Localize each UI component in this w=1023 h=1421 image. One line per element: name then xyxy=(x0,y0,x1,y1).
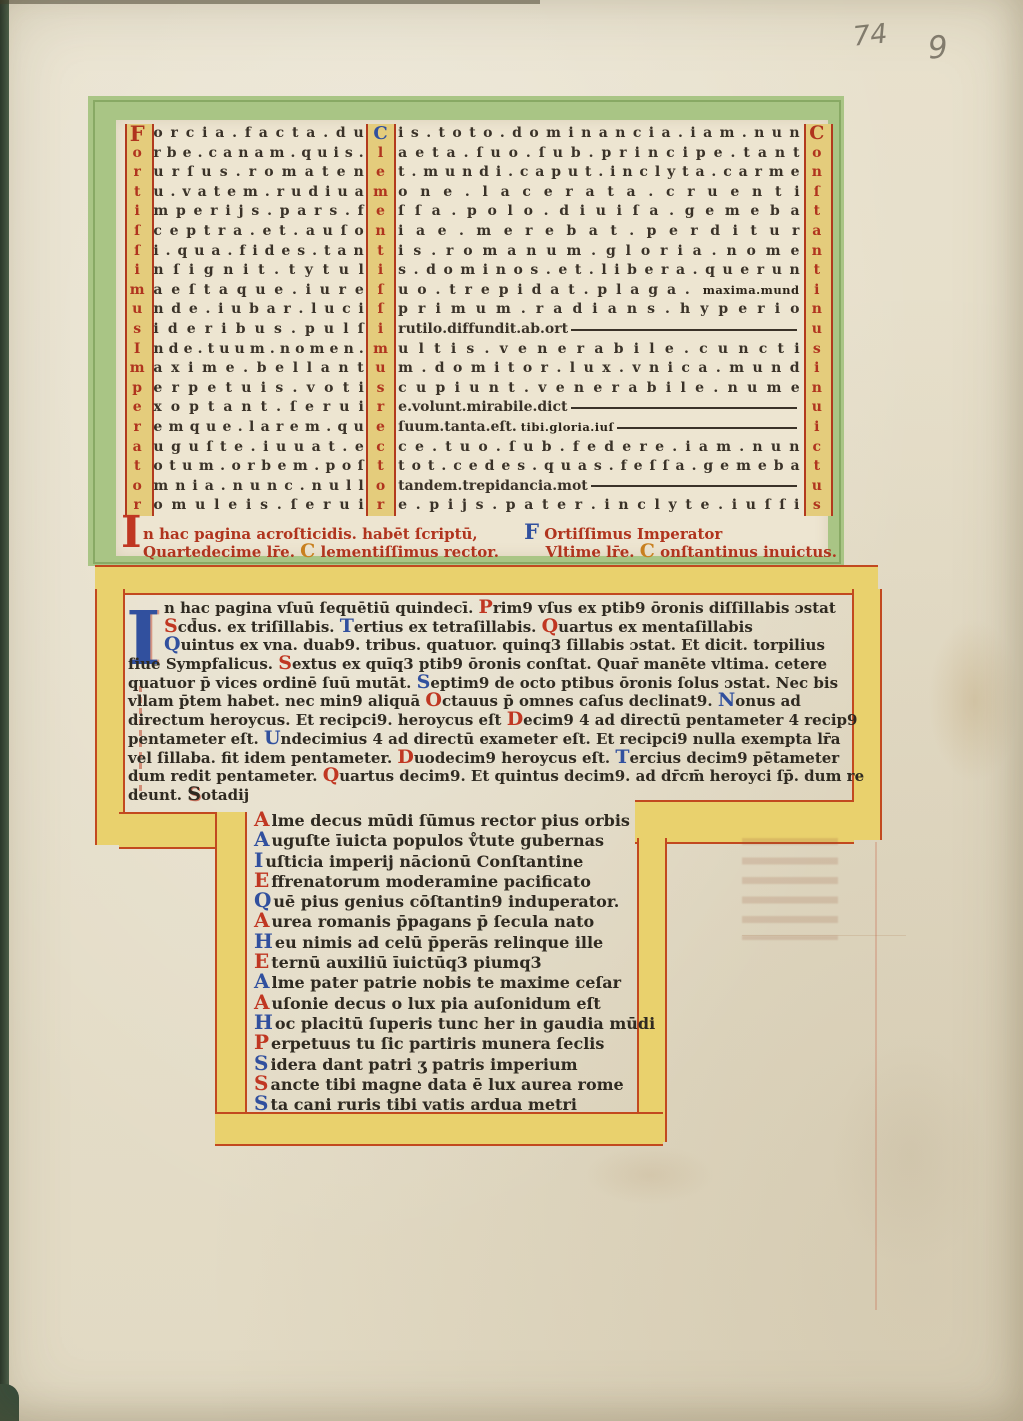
acrostic-letter: u xyxy=(125,300,149,320)
mesostic-letter: m xyxy=(368,183,393,203)
grid-text-segment: u.vatem.rudiua xyxy=(149,183,367,203)
acrostic-letter: a xyxy=(125,438,149,458)
poem-line: Alme pater patrie nobis te maxime ceſar xyxy=(254,971,655,991)
treatise-line: vel ſillaba. fit idem pentameter. Duodec… xyxy=(128,748,854,767)
telestich-letter: s xyxy=(805,496,829,516)
poem-line-text: uſonie decus o lux pia auſonidum eſt xyxy=(272,994,601,1013)
grid-text-segment: rbe.canam.quis. xyxy=(149,144,367,164)
grid-text-segment: primum.radians.hyperio xyxy=(393,300,804,320)
treatise-inline-initial: Q xyxy=(164,633,181,655)
poem-line-text: ternū auxiliū īuictūq3 piumq3 xyxy=(271,953,541,972)
telestich-letter: c xyxy=(805,438,829,458)
acrostic-letter: i xyxy=(125,202,149,222)
grid-row: orbe.canam.quis.laeta.ſuo.ſub.principe.t… xyxy=(118,144,829,164)
treatise-line: dum redit pentameter. Quartus decim9. Et… xyxy=(128,766,854,785)
rubric-line-2-label: Quartedecime lr̄e. xyxy=(143,543,295,561)
treatise-line: quatuor p̄ vices ordinē ſuū mutāt. Septi… xyxy=(128,673,854,692)
grid-row: Inde.tuum.nomen.multis.venerabile.cuncti… xyxy=(118,340,829,360)
line-filler-dash xyxy=(571,407,797,409)
grid-row: exoptant.ſeruire.volunt.mirabile.dictu xyxy=(118,398,829,418)
grid-text-segment: tandem.trepidancia.mot xyxy=(393,477,804,497)
mesostic-letter: ſ xyxy=(368,300,393,320)
acrostic-letter: t xyxy=(125,183,149,203)
treatise-line: ſiue Sympfalicus. Sextus ex quīq3 ptib9 … xyxy=(128,654,854,673)
poem-line-initial: S xyxy=(254,1091,268,1115)
treatise-inline-initial: D xyxy=(507,708,523,730)
grid-row: auguſte.iuuat.ecce.tuo.ſub.federe.iam.nu… xyxy=(118,438,829,458)
parchment-stain xyxy=(830,1040,990,1270)
binding-corner xyxy=(0,1384,19,1421)
mesostic-letter: e xyxy=(368,202,393,222)
telestich-letter: t xyxy=(805,457,829,477)
treatise-text-run: ecim9 4 ad directū pentameter 4 recip9 xyxy=(523,711,857,729)
telestich-letter: u xyxy=(805,320,829,340)
rubric-entry2-text: lementiſſimus rector. xyxy=(321,543,500,561)
grid-text-segment: ſſa.polo.diuiſa.gemeba xyxy=(393,202,804,222)
telestich-letter: s xyxy=(805,340,829,360)
treatise-line: vllam p̄tem habet. nec min9 aliquā Octau… xyxy=(128,691,854,710)
treatise-text-run: n hac pagina vſuū ſequētiū quindecī. xyxy=(164,599,479,617)
telestich-letter: a xyxy=(805,222,829,242)
mesostic-letter: o xyxy=(368,477,393,497)
treatise-text-run: onus ad xyxy=(735,692,801,710)
rubric-entry3-text: onſtantinus inuictus. xyxy=(660,543,837,561)
grid-row: tu.vatem.rudiuamone.lacerata.cruentiſ xyxy=(118,183,829,203)
yellow-frame-top xyxy=(95,565,878,595)
mesostic-letter: u xyxy=(368,359,393,379)
yellow-frame-left xyxy=(95,589,125,845)
treatise-text-run: ercius decim9 pētameter xyxy=(630,749,840,767)
poem-line-text: uguſte īuicta populos v̊tute gubernas xyxy=(272,831,604,850)
treatise-text-run: vel ſillaba. fit idem pentameter. xyxy=(128,749,397,767)
grid-text-segment: urſus.romaten xyxy=(149,163,367,183)
treatise-inline-initial: N xyxy=(718,689,735,711)
mesostic-letter: s xyxy=(368,379,393,399)
treatise-text: n hac pagina vſuū ſequētiū quindecī. Pri… xyxy=(128,598,854,804)
yellow-frame-poem-left xyxy=(215,812,247,1142)
grid-text-segment: one.lacerata.cruenti xyxy=(393,183,804,203)
poem-line: Auguſte īuicta populos v̊tute gubernas xyxy=(254,829,655,849)
grid-text-segment: t.mundi.caput.inclyta.carme xyxy=(393,163,804,183)
grid-text-segment: orcia.facta.du xyxy=(149,124,367,144)
corrected-text: maxima.mund xyxy=(703,281,800,301)
treatise-inline-initial: Q xyxy=(542,615,559,637)
rubric-entry2-initial: C xyxy=(300,540,315,562)
grid-row: inſignit.tytulis.dominos.et.libera.queru… xyxy=(118,261,829,281)
mesostic-letter: t xyxy=(368,242,393,262)
telestich-letter: i xyxy=(805,359,829,379)
grid-text-segment: mperijs.pars.f xyxy=(149,202,367,222)
treatise-line: directum heroycus. Et recipci9. heroycus… xyxy=(128,710,854,729)
grid-text-segment: rutilo.diffundit.ab.ort xyxy=(393,320,804,340)
treatise-text-run: quatuor p̄ vices ordinē ſuū mutāt. xyxy=(128,674,417,692)
poem-line-text: erpetuus tu ſic partiris munera ſeclis xyxy=(271,1034,604,1053)
mesostic-letter: i xyxy=(368,320,393,340)
treatise-text-run: ertius ex tetraſillabis. xyxy=(354,618,542,636)
acrostic-letter: i xyxy=(125,261,149,281)
line-filler-dash xyxy=(591,485,797,487)
poem-line: Hoc placitū ſuperis tunc her in gaudia m… xyxy=(254,1012,655,1032)
grid-text-segment: ultis.venerabile.cuncti xyxy=(393,340,804,360)
grid-row: imperijs.pars.feſſa.polo.diuiſa.gemebat xyxy=(118,202,829,222)
grid-text-segment: otum.orbem.poſ xyxy=(149,457,367,477)
line-filler-dash xyxy=(617,427,797,429)
mesostic-letter: c xyxy=(368,438,393,458)
grid-row: ſceptra.et.auſoniae.merebat.perditura xyxy=(118,222,829,242)
treatise-text-run: cd̄us. ex triſillabis. xyxy=(178,618,340,636)
poem-line-text: ancte tibi magne data ē lux aurea rome xyxy=(270,1075,623,1094)
treatise-text-run: dum redit pentameter. xyxy=(128,767,323,785)
grid-text-segment: erpetuis.voti xyxy=(149,379,367,399)
treatise-line: Scd̄us. ex triſillabis. Tertius ex tetra… xyxy=(164,617,854,636)
grid-row: ſi.qua.fides.tantis.romanum.gloria.nomen xyxy=(118,242,829,262)
rubric-line-2-label2: Vltime lr̄e. xyxy=(546,543,635,561)
verso-showthrough-rule xyxy=(875,842,877,1310)
mesostic-letter: e xyxy=(368,418,393,438)
verso-showthrough-text xyxy=(742,838,838,940)
grid-text-segment: axime.bellant xyxy=(149,359,367,379)
telestich-letter: u xyxy=(805,398,829,418)
grid-text-segment: m.domitor.lux.vnica.mund xyxy=(393,359,804,379)
mesostic-letter: i xyxy=(368,261,393,281)
poem-line-text: oc placitū ſuperis tunc her in gaudia mū… xyxy=(275,1014,655,1033)
poem-line-text: eu nimis ad celū p̄perās relinque ille xyxy=(275,933,603,952)
treatise-inline-initial: T xyxy=(615,746,629,768)
rubric-entry3-initial: C xyxy=(640,540,655,562)
treatise-text-run: otadij xyxy=(201,786,249,804)
yellow-frame-bottom xyxy=(215,1112,663,1146)
poem-line: Heu nimis ad celū p̄perās relinque ille xyxy=(254,931,655,951)
grid-text-segment: e.volunt.mirabile.dict xyxy=(393,398,804,418)
grid-text-segment: xoptant.ſerui xyxy=(149,398,367,418)
grid-text-segment: uguſte.iuuat.e xyxy=(149,438,367,458)
mesostic-letter: r xyxy=(368,398,393,418)
mesostic-letter: r xyxy=(368,496,393,516)
telestich-letter: i xyxy=(805,281,829,301)
treatise-text-run: deunt. xyxy=(128,786,187,804)
telestich-letter: u xyxy=(805,477,829,497)
grid-text-segment: ceptra.et.auſo xyxy=(149,222,367,242)
treatise-text-run: pentameter eſt. xyxy=(128,730,264,748)
treatise-text-run: ndecimius 4 ad directū exameter eſt. Et … xyxy=(281,730,841,748)
grid-text-segment: ideribus.pulſ xyxy=(149,320,367,340)
treatise-text-run: uodecim9 heroycus eſt. xyxy=(414,749,615,767)
poem-line-text: uſticia imperij nācionū Conſtantine xyxy=(265,852,583,871)
telestich-letter: n xyxy=(805,300,829,320)
telestich-letter: o xyxy=(805,144,829,164)
grid-text-segment: omuleis.ſerui xyxy=(149,496,367,516)
corrected-text: tibi.gloria.iuſ xyxy=(521,418,614,438)
grid-text-segment: iae.merebat.perditur xyxy=(393,222,804,242)
poem-line: Quē pius genius cōſtantin9 induperator. xyxy=(254,890,655,910)
treatise-inline-initial: Q xyxy=(323,764,340,786)
telestich-letter: t xyxy=(805,261,829,281)
grid-text-segment: ce.tuo.ſub.federe.iam.nun xyxy=(393,438,804,458)
grid-text-segment: aeta.ſuo.ſub.principe.tant xyxy=(393,144,804,164)
grid-text-segment: nde.iubar.luci xyxy=(149,300,367,320)
grid-text-segment: is.toto.dominancia.iam.nun xyxy=(393,124,804,144)
rubric-initial: I xyxy=(121,511,142,555)
parchment-stain xyxy=(585,1145,715,1205)
treatise-inline-initial: S xyxy=(278,652,292,674)
treatise-line: deunt. Sotadij xyxy=(128,785,854,804)
rubric-line-2: Quartedecime lr̄e. C lementiſſimus recto… xyxy=(143,540,837,562)
grid-text-segment: nſignit.tytul xyxy=(149,261,367,281)
treatise-text-run: extus ex quīq3 ptib9 ōronis conſtat. Qua… xyxy=(292,655,827,673)
grid-text-segment: tot.cedes.quas.feſſa.gemeba xyxy=(393,457,804,477)
grid-row: romuleis.ſeruire.pijs.pater.inclyte.iuſſ… xyxy=(118,496,829,516)
grid-text-segment: uo.trepidat.plaga.maxima.mund xyxy=(393,281,804,301)
grid-row: perpetuis.votiscupiunt.venerabile.numen xyxy=(118,379,829,399)
poem-line: Iuſticia imperij nācionū Conſtantine xyxy=(254,850,655,870)
treatise-inline-initial: O xyxy=(425,689,442,711)
mesostic-letter: m xyxy=(368,340,393,360)
treatise-line: pentameter eſt. Undecimius 4 ad directū … xyxy=(128,729,854,748)
poem-line: Sancte tibi magne data ē lux aurea rome xyxy=(254,1073,655,1093)
poem-line-text: lme decus mūdi ſūmus rector pius orbis xyxy=(272,811,630,830)
telestich-letter: C xyxy=(805,124,829,144)
acrostic-letter: ſ xyxy=(125,222,149,242)
grid-row: sideribus.pulſirutilo.diffundit.ab.ortu xyxy=(118,320,829,340)
poem-line: Eternū auxiliū īuictūq3 piumq3 xyxy=(254,951,655,971)
mesostic-letter: C xyxy=(368,124,393,144)
poem-line-text: ta cani ruris tibi vatis ardua metri xyxy=(270,1095,576,1114)
page-edge-shadow xyxy=(0,0,540,4)
letter-grid: Forcia.facta.duCis.toto.dominancia.iam.n… xyxy=(118,124,829,516)
folio-number-pencil: 74 xyxy=(851,18,888,52)
poem-line-text: idera dant patri ʒ patris imperium xyxy=(270,1055,577,1074)
folio-number-ink: 9 xyxy=(927,29,949,66)
grid-row: remque.larem.queſuum.tanta.eſt.tibi.glor… xyxy=(118,418,829,438)
grid-text-segment: s.dominos.et.libera.querun xyxy=(393,261,804,281)
grid-row: maeſtaque.iureſuo.trepidat.plaga.maxima.… xyxy=(118,281,829,301)
grid-row: omnia.nunc.nullotandem.trepidancia.motu xyxy=(118,477,829,497)
treatise-inline-initial: T xyxy=(340,615,354,637)
poem-line: Sta cani ruris tibi vatis ardua metri xyxy=(254,1093,655,1113)
poem-line: Perpetuus tu ſic partiris munera ſeclis xyxy=(254,1032,655,1052)
grid-text-segment: e.pijs.pater.inclyte.iuſſi xyxy=(393,496,804,516)
poem-line-text: uē pius genius cōſtantin9 induperator. xyxy=(273,892,619,911)
mesostic-letter: e xyxy=(368,163,393,183)
poem-line-text: ffrenatorum moderamine pacificato xyxy=(271,872,591,891)
acrostic-letter: r xyxy=(125,163,149,183)
grid-text-segment: i.qua.fides.tan xyxy=(149,242,367,262)
line-filler-dash xyxy=(571,329,797,331)
telestich-letter: ſ xyxy=(805,183,829,203)
acrostic-letter: t xyxy=(125,457,149,477)
acrostic-letter: F xyxy=(125,124,149,144)
grid-row: totum.orbem.poſttot.cedes.quas.feſſa.gem… xyxy=(118,457,829,477)
treatise-text-run: directum heroycus. Et recipci9. heroycus… xyxy=(128,711,507,729)
treatise-line: n hac pagina vſuū ſequētiū quindecī. Pri… xyxy=(164,598,854,617)
mesostic-letter: l xyxy=(368,144,393,164)
treatise-inline-initial: U xyxy=(264,727,281,749)
poem-line-text: urea romanis p̄pagans p̄ ſecula nato xyxy=(272,912,595,931)
acrostic-letter: r xyxy=(125,418,149,438)
acrostic-letter: s xyxy=(125,320,149,340)
telestich-letter: n xyxy=(805,163,829,183)
grid-text-segment: is.romanum.gloria.nome xyxy=(393,242,804,262)
poem-line: Sidera dant patri ʒ patris imperium xyxy=(254,1053,655,1073)
treatise-text-run: ctauus p̄ omnes caſus declinat9. xyxy=(442,692,718,710)
grid-text-segment: aeſtaque.iure xyxy=(149,281,367,301)
acrostic-letter: m xyxy=(125,281,149,301)
poem-line: Alme decus mūdi ſūmus rector pius orbis xyxy=(254,809,655,829)
treatise-text-run: uartus ex mentaſillabis xyxy=(558,618,753,636)
grid-text-segment: ſuum.tanta.eſt.tibi.gloria.iuſ xyxy=(393,418,804,438)
acrostic-letter: p xyxy=(125,379,149,399)
treatise-text-run: eptim9 de octo ptibus ōronis ſolus ɔstat… xyxy=(430,674,838,692)
binding-edge xyxy=(0,0,9,1421)
grid-text-segment: nde.tuum.nomen. xyxy=(149,340,367,360)
treatise-inline-initial: S xyxy=(187,783,201,805)
treatise-text-run: ſiue Sympfalicus. xyxy=(128,655,278,673)
mesostic-letter: ſ xyxy=(368,281,393,301)
acrostic-letter: e xyxy=(125,398,149,418)
treatise-text-run: uartus decim9. Et quintus decim9. ad dr̄… xyxy=(339,767,864,785)
mesostic-letter: n xyxy=(368,222,393,242)
grid-text-segment: mnia.nunc.null xyxy=(149,477,367,497)
grid-row: unde.iubar.luciſprimum.radians.hyperion xyxy=(118,300,829,320)
treatise-inline-initial: D xyxy=(397,746,413,768)
grid-row: Forcia.facta.duCis.toto.dominancia.iam.n… xyxy=(118,124,829,144)
poem-line: Effrenatorum moderamine pacificato xyxy=(254,870,655,890)
poem-line: Auſonie decus o lux pia auſonidum eſt xyxy=(254,992,655,1012)
telestich-letter: n xyxy=(805,242,829,262)
parchment-stain xyxy=(928,618,1020,783)
grid-row: rurſus.romatenet.mundi.caput.inclyta.car… xyxy=(118,163,829,183)
grid-text-segment: cupiunt.venerabile.nume xyxy=(393,379,804,399)
poem-block: Alme decus mūdi ſūmus rector pius orbisA… xyxy=(254,809,655,1113)
mesostic-letter: t xyxy=(368,457,393,477)
acrostic-letter: o xyxy=(125,144,149,164)
verso-showthrough-rule xyxy=(742,935,906,936)
acrostic-letter: o xyxy=(125,477,149,497)
acrostic-letter: ſ xyxy=(125,242,149,262)
poem-line: Aurea romanis p̄pagans p̄ ſecula nato xyxy=(254,910,655,930)
acrostic-letter: I xyxy=(125,340,149,360)
grid-text-segment: emque.larem.qu xyxy=(149,418,367,438)
treatise-inline-initial: P xyxy=(479,596,493,618)
acrostic-letter: m xyxy=(125,359,149,379)
telestich-letter: t xyxy=(805,202,829,222)
telestich-letter: n xyxy=(805,379,829,399)
telestich-letter: i xyxy=(805,418,829,438)
treatise-text-run: vllam p̄tem habet. nec min9 aliquā xyxy=(128,692,425,710)
poem-line-text: lme pater patrie nobis te maxime ceſar xyxy=(272,973,622,992)
treatise-line: Quintus ex vna. duab9. tribus. quatuor. … xyxy=(164,635,854,654)
grid-row: maxime.bellantum.domitor.lux.vnica.mundi xyxy=(118,359,829,379)
